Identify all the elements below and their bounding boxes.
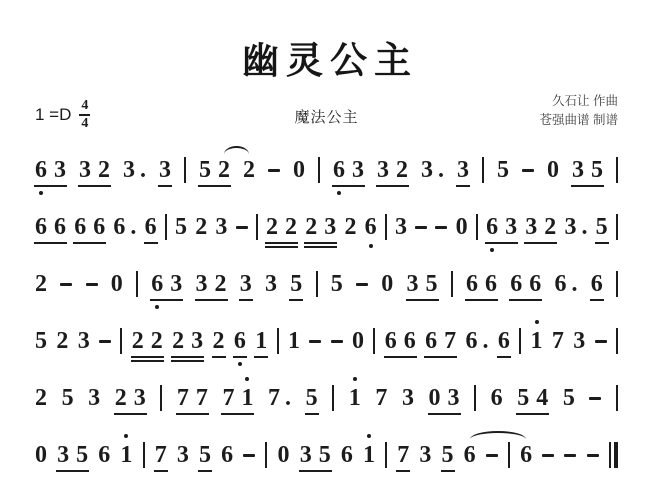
note-digit: 6 — [35, 156, 47, 184]
note: 7 — [375, 376, 387, 420]
note-digit: 6 — [529, 270, 541, 298]
note-digit: 3 — [505, 213, 517, 241]
note-digit: 6 — [464, 441, 476, 469]
note-digit: 0 — [293, 156, 305, 184]
beam-underline — [595, 242, 609, 244]
note-digit: 3 — [457, 156, 469, 184]
low-octave-dot-icon — [490, 248, 494, 252]
note-digit: 5 — [199, 156, 211, 184]
duration-dash — [243, 454, 255, 457]
note-digit: 3 — [324, 213, 336, 241]
high-octave-dot-icon — [535, 320, 539, 324]
note: 1 — [288, 319, 300, 363]
key-label: 1 =D — [35, 105, 71, 125]
barline-icon — [160, 385, 162, 411]
note-digit: 5 — [306, 384, 318, 412]
note-digit: 5 — [290, 270, 302, 298]
note: 5 — [35, 319, 47, 363]
note: 5 — [596, 205, 608, 249]
beam-underline — [171, 356, 204, 358]
note-digit: 6 — [35, 213, 47, 241]
duration-dash — [587, 454, 599, 457]
beam-underline — [73, 242, 106, 244]
note-digit: 0 — [456, 213, 468, 241]
note: 3 — [215, 205, 227, 249]
beam-underline — [265, 246, 298, 248]
note-digit: 3 — [54, 156, 66, 184]
sheet-music-page: 幽灵公主 1 =D 4 4 魔法公主 久石让 作曲 苍强曲谱 制谱 63323.… — [0, 0, 660, 477]
low-octave-dot-icon — [155, 305, 159, 309]
beam-underline — [384, 356, 417, 358]
beam-underline — [441, 470, 455, 472]
note: 5 — [563, 376, 575, 420]
beam-underline — [212, 356, 226, 358]
note: 6. — [465, 319, 488, 363]
beam-underline — [34, 185, 67, 187]
beamed-note-group: 63 — [151, 262, 182, 306]
score-line-5: 2532377717.5173036545 — [35, 376, 618, 420]
duration-dash — [589, 397, 601, 400]
beam-underline — [154, 470, 168, 472]
note-digit: 6 — [365, 213, 377, 241]
duration-dash — [99, 340, 111, 343]
final-barline-thick — [614, 442, 618, 468]
beam-underline — [516, 413, 549, 415]
duration-dash — [60, 283, 72, 286]
note-digit: 6 — [54, 213, 66, 241]
note-digit: 1 — [531, 327, 543, 355]
note-digit: 6 — [333, 156, 345, 184]
duration-dash — [522, 169, 534, 172]
note: 2 — [56, 319, 68, 363]
note-digit: 7 — [222, 384, 234, 412]
beam-underline — [332, 185, 365, 187]
beamed-note-group: 32 — [196, 262, 227, 306]
note-digit: 2 — [35, 270, 47, 298]
beam-underline — [158, 185, 172, 187]
note-digit: 2 — [266, 213, 278, 241]
beam-underline — [78, 185, 111, 187]
beamed-note-group: 32 — [377, 148, 408, 192]
note-digit: 6 — [510, 270, 522, 298]
note-digit: 0 — [111, 270, 123, 298]
beamed-note-group: 66 — [74, 205, 105, 249]
beam-underline — [233, 356, 247, 358]
note-digit: 3 — [170, 270, 182, 298]
note: 6 — [491, 376, 503, 420]
barline-icon — [616, 385, 618, 411]
note-digit: 3 — [300, 441, 312, 469]
note-digit: 1 — [241, 384, 253, 412]
beam-underline — [265, 242, 298, 244]
beamed-note-group: 23 — [115, 376, 146, 420]
note-digit: 3 — [265, 270, 277, 298]
beamed-note-group: 63 — [35, 148, 66, 192]
barline-icon — [519, 328, 521, 354]
beamed-note-group: 35 — [572, 148, 603, 192]
note: 7. — [268, 376, 291, 420]
note: 6 — [591, 262, 603, 306]
beam-underline — [171, 360, 204, 362]
note-digit: 3 — [159, 156, 171, 184]
final-barline-icon — [609, 442, 618, 468]
duration-dash — [486, 454, 498, 457]
note: 3 — [419, 433, 431, 477]
note-digit: 6 — [234, 327, 246, 355]
note: 5 — [442, 433, 454, 477]
note: 5 — [62, 376, 74, 420]
beamed-note-group: 35 — [300, 433, 331, 477]
note-digit: 3 — [407, 270, 419, 298]
note: 2 — [344, 205, 356, 249]
high-octave-dot-icon — [353, 377, 357, 381]
note-digit: 5 — [331, 270, 343, 298]
beam-underline — [396, 470, 410, 472]
augmentation-dot-icon: . — [130, 213, 136, 241]
transcriber-credit: 苍强曲谱 制谱 — [540, 111, 618, 130]
note-digit: 2 — [151, 327, 163, 355]
high-octave-dot-icon — [124, 434, 128, 438]
note-digit: 2 — [218, 156, 230, 184]
note: 0 — [456, 205, 468, 249]
beamed-note-group: 32 — [79, 148, 110, 192]
note-digit: 6 — [591, 270, 603, 298]
note: 7 — [397, 433, 409, 477]
beamed-note-group: 22 — [266, 205, 297, 249]
note-digit: 6 — [491, 384, 503, 412]
beamed-note-group: 23 — [305, 205, 336, 249]
note: 6 — [234, 319, 246, 363]
beam-underline — [424, 356, 457, 358]
duration-dash — [331, 340, 343, 343]
beamed-note-group: 32 — [525, 205, 556, 249]
note-digit: 7 — [375, 384, 387, 412]
beam-underline — [131, 356, 164, 358]
barline-icon — [332, 385, 334, 411]
note: 0 — [35, 433, 47, 477]
note-digit: 6 — [98, 441, 110, 469]
note: 1 — [255, 319, 267, 363]
beam-underline — [131, 360, 164, 362]
barline-icon — [385, 442, 387, 468]
note: 2 — [213, 319, 225, 363]
note-digit: 6 — [341, 441, 353, 469]
note: 6 — [498, 319, 510, 363]
tie-arc — [224, 146, 249, 156]
note-digit: 7 — [196, 384, 208, 412]
note-digit: 3 — [240, 270, 252, 298]
note-digit: 6 — [74, 213, 86, 241]
barline-icon — [256, 214, 258, 240]
barline-icon — [385, 214, 387, 240]
beam-underline — [176, 413, 209, 415]
note: 7 — [552, 319, 564, 363]
note-digit: 2 — [35, 384, 47, 412]
barline-icon — [136, 271, 138, 297]
note-digit: 1 — [255, 327, 267, 355]
time-signature-denominator: 4 — [81, 117, 88, 131]
note: 3 — [402, 376, 414, 420]
note: 6 — [221, 433, 233, 477]
time-signature: 4 4 — [79, 99, 90, 131]
note-digit: 7 — [444, 327, 456, 355]
note-digit: 2 — [195, 213, 207, 241]
note-digit: 2 — [132, 327, 144, 355]
note-digit: 5 — [596, 213, 608, 241]
note-digit: 3 — [352, 156, 364, 184]
augmentation-dot-icon: . — [140, 156, 146, 184]
note-digit: 7 — [268, 384, 280, 412]
barline-icon — [316, 271, 318, 297]
note-digit: 4 — [536, 384, 548, 412]
note-digit: 3 — [215, 213, 227, 241]
note: 3 — [240, 262, 252, 306]
note-digit: 2 — [98, 156, 110, 184]
high-octave-dot-icon — [367, 434, 371, 438]
low-octave-dot-icon — [369, 244, 373, 248]
credits: 久石让 作曲 苍强曲谱 制谱 — [540, 92, 618, 131]
note-digit: 3 — [134, 384, 146, 412]
note-digit: 0 — [352, 327, 364, 355]
key-signature: 1 =D 4 4 — [35, 99, 90, 131]
note-digit: 3 — [395, 213, 407, 241]
time-signature-numerator: 4 — [81, 99, 88, 113]
note-digit: 3 — [177, 441, 189, 469]
barline-icon — [616, 157, 618, 183]
note-digit: 1 — [349, 384, 361, 412]
beamed-note-group: 54 — [517, 376, 548, 420]
note: 3 — [395, 205, 407, 249]
note-digit: 5 — [517, 384, 529, 412]
note: 2 — [35, 376, 47, 420]
note: 5 — [306, 376, 318, 420]
beam-underline — [376, 185, 409, 187]
beam-underline — [304, 246, 337, 248]
beam-underline — [497, 356, 511, 358]
note-digit: 5 — [591, 156, 603, 184]
note: 5 — [331, 262, 343, 306]
note-digit: 7 — [397, 441, 409, 469]
augmentation-dot-icon: . — [572, 270, 578, 298]
beam-underline — [195, 299, 228, 301]
note-digit: 5 — [563, 384, 575, 412]
note: 6 — [365, 205, 377, 249]
note-digit: 0 — [35, 441, 47, 469]
beamed-note-group: 71 — [222, 376, 253, 420]
note-digit: 5 — [319, 441, 331, 469]
note: 1 — [531, 319, 543, 363]
beamed-note-group: 03 — [429, 376, 460, 420]
beamed-note-group: 66 — [510, 262, 541, 306]
beam-underline — [114, 413, 147, 415]
note-digit: 6 — [93, 213, 105, 241]
duration-dash — [236, 226, 248, 229]
beam-underline — [590, 299, 604, 301]
note: 0 — [352, 319, 364, 363]
note-digit: 3 — [79, 156, 91, 184]
augmentation-dot-icon: . — [285, 384, 291, 412]
beam-underline — [509, 299, 542, 301]
note-digit: 2 — [115, 384, 127, 412]
beam-underline — [144, 242, 158, 244]
note-digit: 2 — [243, 156, 255, 184]
note-digit: 6 — [486, 213, 498, 241]
barline-icon — [277, 328, 279, 354]
duration-dash — [86, 283, 98, 286]
note: 1 — [363, 433, 375, 477]
beam-underline — [456, 185, 470, 187]
note-digit: 6 — [520, 441, 532, 469]
note: 3 — [177, 433, 189, 477]
beamed-note-group: 67 — [425, 319, 456, 363]
barline-icon — [184, 157, 186, 183]
barline-icon — [451, 271, 453, 297]
barline-icon — [373, 328, 375, 354]
note: 7 — [155, 433, 167, 477]
barline-icon — [508, 442, 510, 468]
beam-underline — [299, 470, 332, 472]
low-octave-dot-icon — [238, 362, 242, 366]
note-digit: 5 — [426, 270, 438, 298]
duration-dash — [564, 454, 576, 457]
score-line-1: 63323.3522063323.35035 — [35, 148, 618, 192]
beam-underline — [198, 470, 212, 472]
note-digit: 3 — [419, 441, 431, 469]
note-digit: 3 — [57, 441, 69, 469]
note: 5 — [497, 148, 509, 192]
note-digit: 5 — [35, 327, 47, 355]
augmentation-dot-icon: . — [581, 213, 587, 241]
note-digit: 6 — [425, 327, 437, 355]
note: 3 — [159, 148, 171, 192]
final-barline-thin — [609, 442, 611, 468]
note-digit: 0 — [381, 270, 393, 298]
low-octave-dot-icon — [39, 191, 43, 195]
subtitle: 魔法公主 — [294, 106, 358, 127]
note-digit: 2 — [285, 213, 297, 241]
note-digit: 5 — [62, 384, 74, 412]
beamed-note-group: 63 — [486, 205, 517, 249]
beamed-note-group: 66 — [385, 319, 416, 363]
beam-underline — [524, 242, 557, 244]
note: 6 — [341, 433, 353, 477]
beamed-note-group: 66 — [466, 262, 497, 306]
barline-icon — [318, 157, 320, 183]
note-digit: 5 — [76, 441, 88, 469]
beam-underline — [239, 299, 253, 301]
note-digit: 6 — [485, 270, 497, 298]
beam-underline — [150, 299, 183, 301]
note: 3 — [573, 319, 585, 363]
barline-icon — [616, 271, 618, 297]
note-digit: 2 — [305, 213, 317, 241]
beamed-note-group: 35 — [407, 262, 438, 306]
note-digit: 2 — [56, 327, 68, 355]
note-digit: 0 — [547, 156, 559, 184]
note-digit: 5 — [442, 441, 454, 469]
composer-credit: 久石让 作曲 — [540, 92, 618, 111]
note-digit: 6 — [113, 213, 125, 241]
note-digit: 3 — [421, 156, 433, 184]
score-line-4: 52322232611066676.6173 — [35, 319, 618, 363]
note-digit: 6 — [385, 327, 397, 355]
note: 5 — [290, 262, 302, 306]
note-digit: 6 — [145, 213, 157, 241]
beamed-note-group: 22 — [132, 319, 163, 363]
barline-icon — [120, 328, 122, 354]
note: 0 — [293, 148, 305, 192]
barline-icon — [616, 214, 618, 240]
beam-underline — [289, 299, 303, 301]
note-digit: 6 — [221, 441, 233, 469]
note-digit: 5 — [199, 441, 211, 469]
note-digit: 6 — [555, 270, 567, 298]
sheet-header: 1 =D 4 4 魔法公主 久石让 作曲 苍强曲谱 制谱 — [35, 86, 618, 136]
beam-underline — [406, 299, 439, 301]
note-digit: 7 — [177, 384, 189, 412]
barline-icon — [265, 442, 267, 468]
note-digit: 6 — [151, 270, 163, 298]
note: 3 — [88, 376, 100, 420]
note-digit: 2 — [344, 213, 356, 241]
note-digit: 1 — [288, 327, 300, 355]
note-digit: 3 — [572, 156, 584, 184]
beam-underline — [428, 413, 461, 415]
note: 6. — [113, 205, 136, 249]
beam-underline — [304, 242, 337, 244]
page-title: 幽灵公主 — [35, 30, 618, 84]
score-line-3: 206332335503566666.6 — [35, 262, 618, 306]
note-digit: 3 — [196, 270, 208, 298]
note-digit: 0 — [429, 384, 441, 412]
barline-icon — [616, 328, 618, 354]
note-digit: 3 — [525, 213, 537, 241]
note-digit: 7 — [155, 441, 167, 469]
beam-underline — [254, 356, 268, 358]
tie-arc — [470, 431, 526, 441]
note: 6 — [98, 433, 110, 477]
note-digit: 3 — [377, 156, 389, 184]
duration-dash — [435, 226, 447, 229]
beam-underline — [34, 242, 67, 244]
note-digit: 3 — [564, 213, 576, 241]
note-digit: 1 — [363, 441, 375, 469]
note: 6. — [555, 262, 578, 306]
augmentation-dot-icon: . — [482, 327, 488, 355]
note-digit: 5 — [497, 156, 509, 184]
note: 3. — [564, 205, 587, 249]
note-digit: 6 — [404, 327, 416, 355]
beam-underline — [221, 413, 254, 415]
duration-dash — [542, 454, 554, 457]
beamed-note-group: 66 — [35, 205, 66, 249]
score-line-6: 0356173560356173566 — [35, 433, 618, 477]
duration-dash — [595, 340, 607, 343]
duration-dash — [356, 283, 368, 286]
note-digit: 3 — [123, 156, 135, 184]
note-digit: 3 — [448, 384, 460, 412]
note: 5 — [175, 205, 187, 249]
beam-underline — [465, 299, 498, 301]
note: 3 — [78, 319, 90, 363]
barline-icon — [482, 157, 484, 183]
note-digit: 2 — [396, 156, 408, 184]
note: 0 — [111, 262, 123, 306]
duration-dash — [268, 169, 280, 172]
score: 63323.3522063323.3503566666.652322232630… — [35, 148, 618, 477]
beam-underline — [56, 470, 89, 472]
note: 2 — [195, 205, 207, 249]
